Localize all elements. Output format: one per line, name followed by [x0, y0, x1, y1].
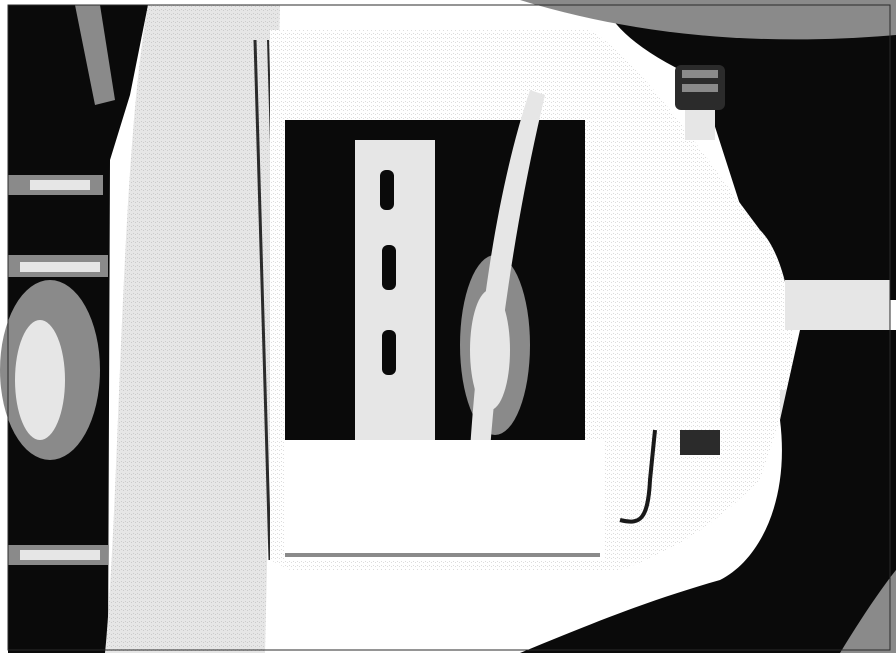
caliper-lower-arm — [285, 440, 605, 560]
caliper-window — [285, 90, 585, 450]
brake-caliper-photo — [0, 0, 896, 653]
brake-pad — [355, 140, 435, 440]
